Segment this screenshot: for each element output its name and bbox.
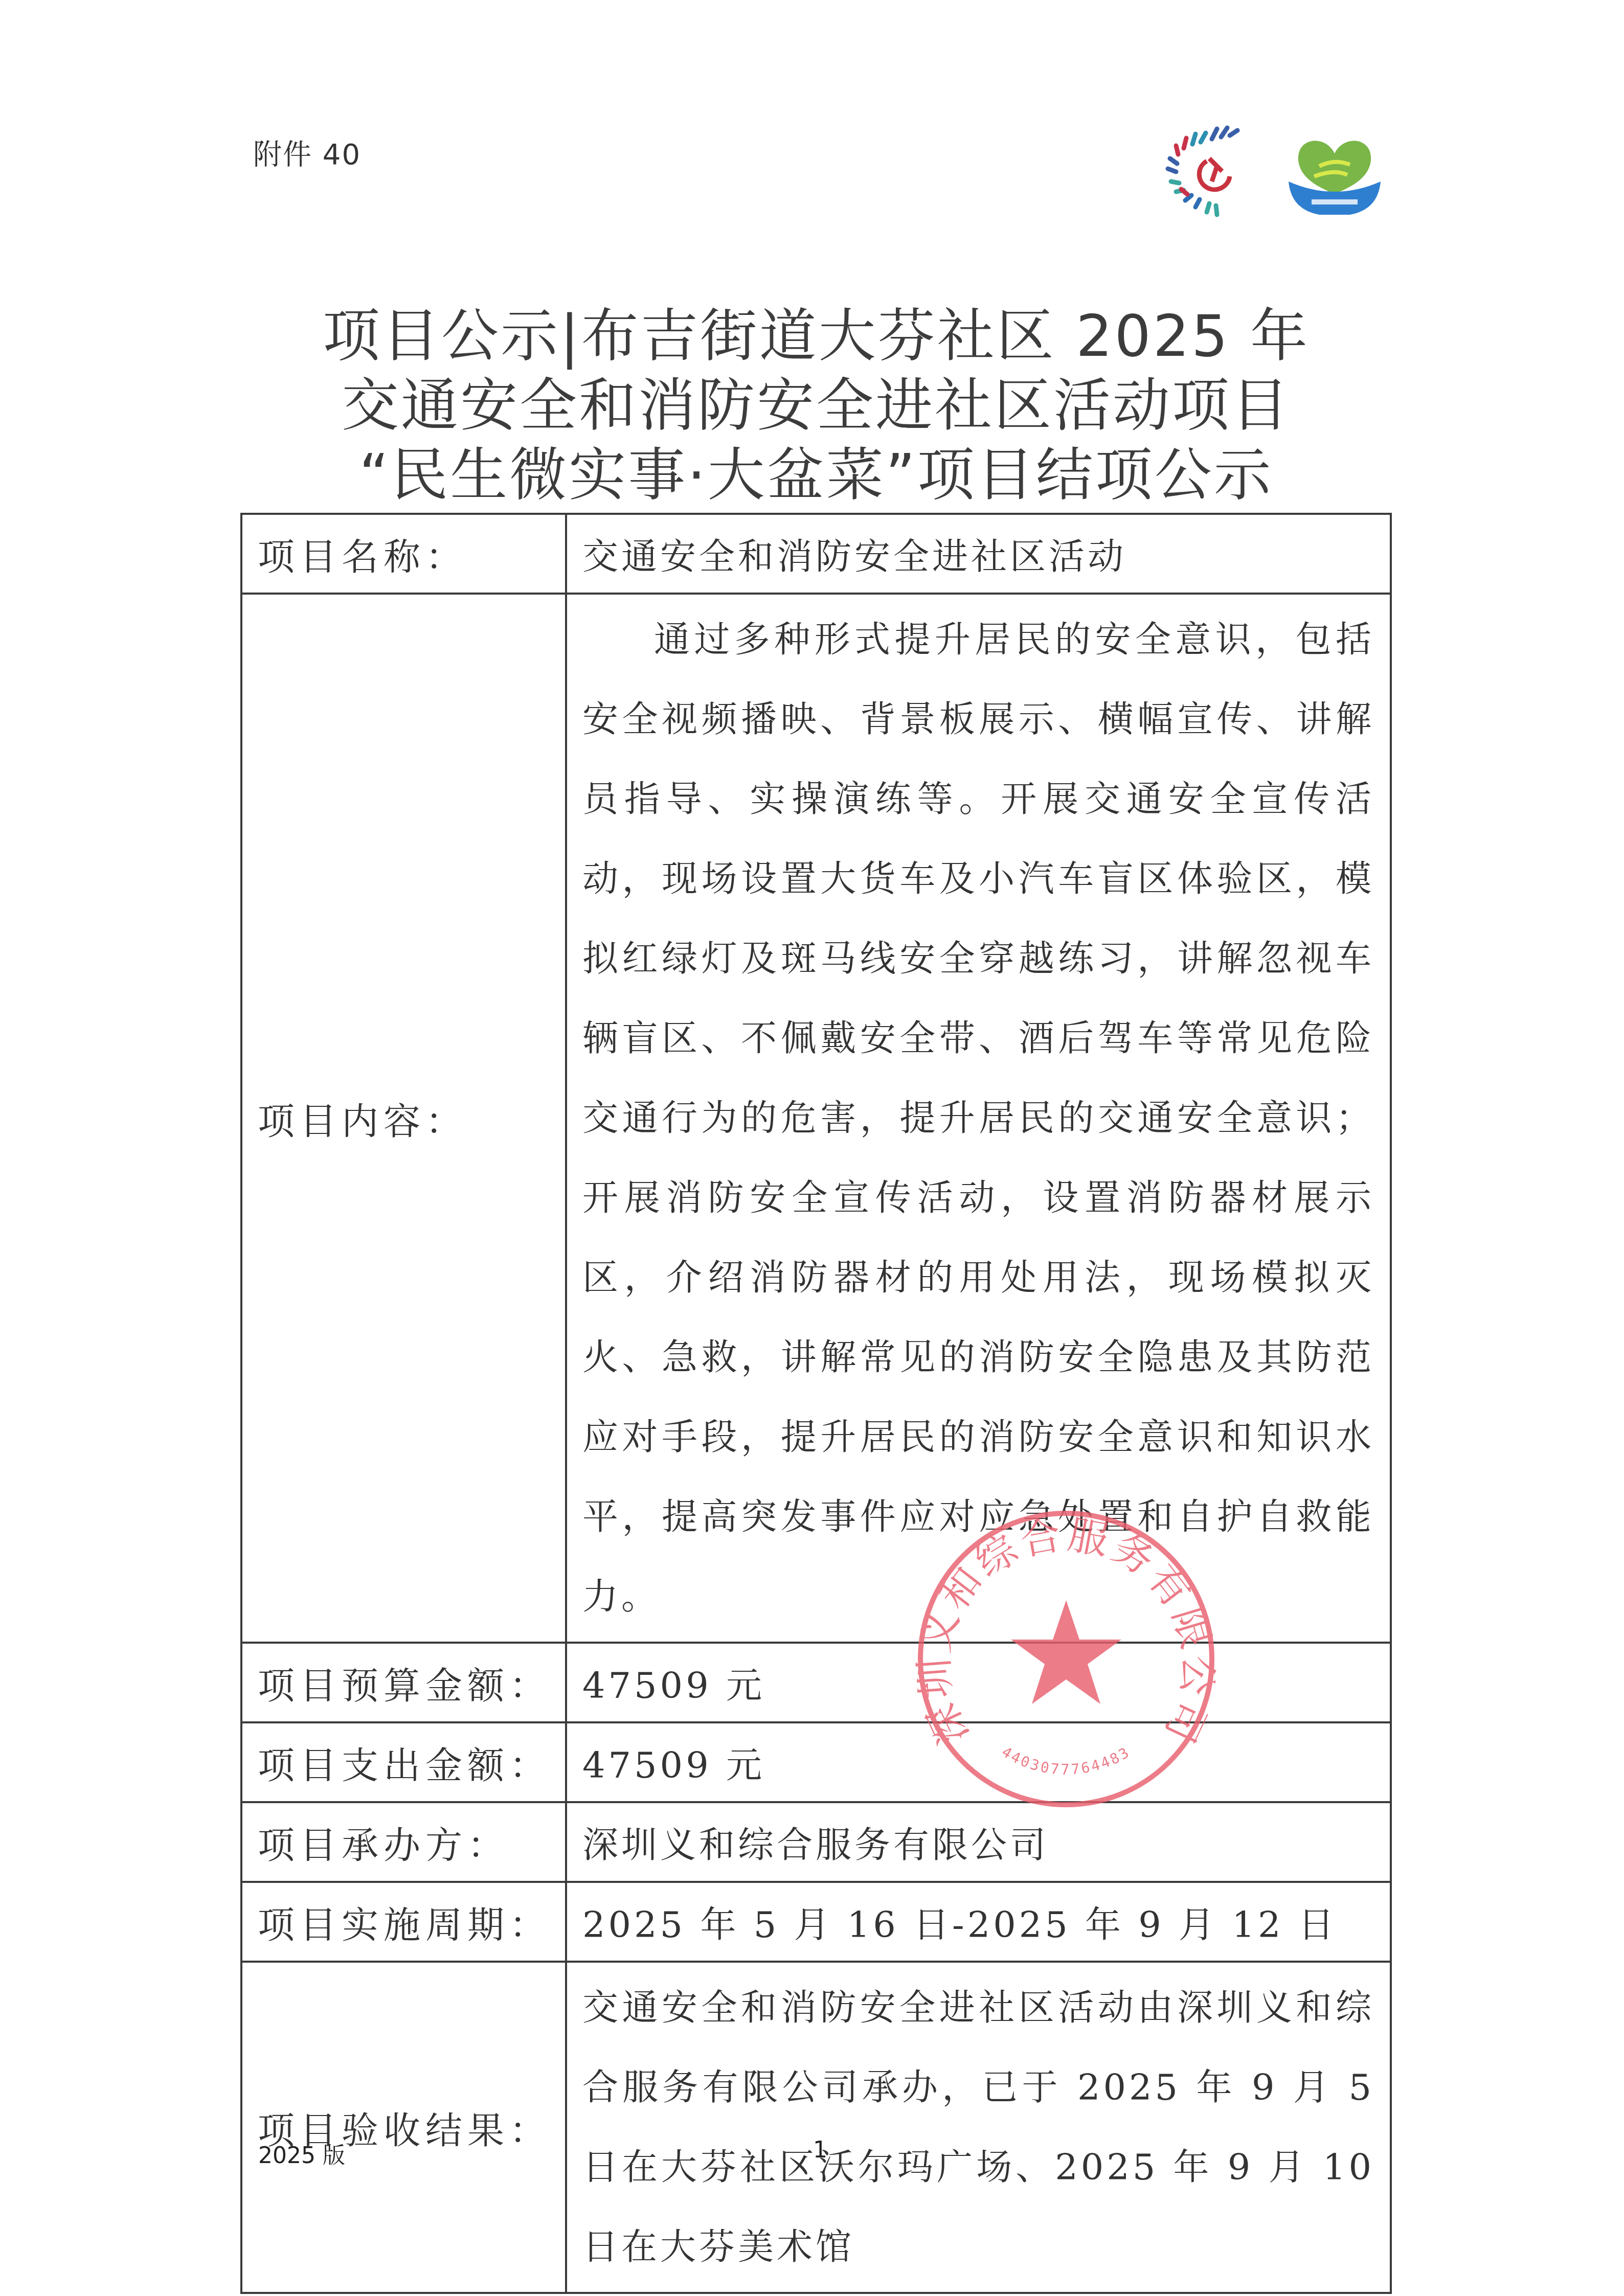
table-row-expenditure: 项目支出金额： 47509 元 bbox=[241, 1722, 1391, 1802]
table-row-project-content: 项目内容： 通过多种形式提升居民的安全意识，包括安全视频播映、背景板展示、横幅宣… bbox=[241, 594, 1391, 1643]
label-project-name: 项目名称： bbox=[241, 514, 566, 594]
party-heart-logo-icon bbox=[1161, 118, 1248, 220]
label-period: 项目实施周期： bbox=[241, 1882, 566, 1962]
value-expenditure: 47509 元 bbox=[566, 1722, 1391, 1802]
header-logos bbox=[1161, 118, 1447, 235]
label-project-content: 项目内容： bbox=[241, 594, 566, 1643]
table-row-period: 项目实施周期： 2025 年 5 月 16 日-2025 年 9 月 12 日 bbox=[241, 1882, 1391, 1962]
value-contractor: 深圳义和综合服务有限公司 bbox=[566, 1802, 1391, 1882]
label-contractor: 项目承办方： bbox=[241, 1802, 566, 1882]
label-expenditure: 项目支出金额： bbox=[241, 1722, 566, 1802]
value-project-content: 通过多种形式提升居民的安全意识，包括安全视频播映、背景板展示、横幅宣传、讲解员指… bbox=[566, 594, 1391, 1643]
title-line-2: 交通安全和消防安全进社区活动项目 bbox=[240, 371, 1392, 441]
acceptance-result-text: 交通安全和消防安全进社区活动由深圳义和综合服务有限公司承办，已于 2025 年 … bbox=[582, 1963, 1374, 2292]
title-line-3: “民生微实事·大盆菜”项目结项公示 bbox=[240, 441, 1392, 510]
minsheng-bowl-logo-icon bbox=[1283, 133, 1386, 220]
project-content-text: 通过多种形式提升居民的安全意识，包括安全视频播映、背景板展示、横幅宣传、讲解员指… bbox=[582, 595, 1374, 1642]
table-row-budget: 项目预算金额： 47509 元 bbox=[241, 1643, 1391, 1722]
document-version: 2025 版 bbox=[258, 2137, 345, 2170]
title-line-1: 项目公示|布吉街道大芬社区 2025 年 bbox=[240, 302, 1392, 371]
project-info-table: 项目名称： 交通安全和消防安全进社区活动 项目内容： 通过多种形式提升居民的安全… bbox=[240, 513, 1392, 2294]
table-row-acceptance: 项目验收结果： 交通安全和消防安全进社区活动由深圳义和综合服务有限公司承办，已于… bbox=[241, 1962, 1391, 2293]
label-budget: 项目预算金额： bbox=[241, 1643, 566, 1722]
value-acceptance: 交通安全和消防安全进社区活动由深圳义和综合服务有限公司承办，已于 2025 年 … bbox=[566, 1962, 1391, 2293]
table-row-project-name: 项目名称： 交通安全和消防安全进社区活动 bbox=[241, 514, 1391, 594]
value-period: 2025 年 5 月 16 日-2025 年 9 月 12 日 bbox=[566, 1882, 1391, 1962]
value-budget: 47509 元 bbox=[566, 1643, 1391, 1722]
value-project-name: 交通安全和消防安全进社区活动 bbox=[566, 514, 1391, 594]
page-number: 1 bbox=[813, 2137, 827, 2163]
table-row-contractor: 项目承办方： 深圳义和综合服务有限公司 bbox=[241, 1802, 1391, 1882]
label-acceptance: 项目验收结果： bbox=[241, 1962, 566, 2293]
attachment-label: 附件 40 bbox=[253, 132, 361, 173]
page-title: 项目公示|布吉街道大芬社区 2025 年 交通安全和消防安全进社区活动项目 “民… bbox=[240, 302, 1392, 510]
